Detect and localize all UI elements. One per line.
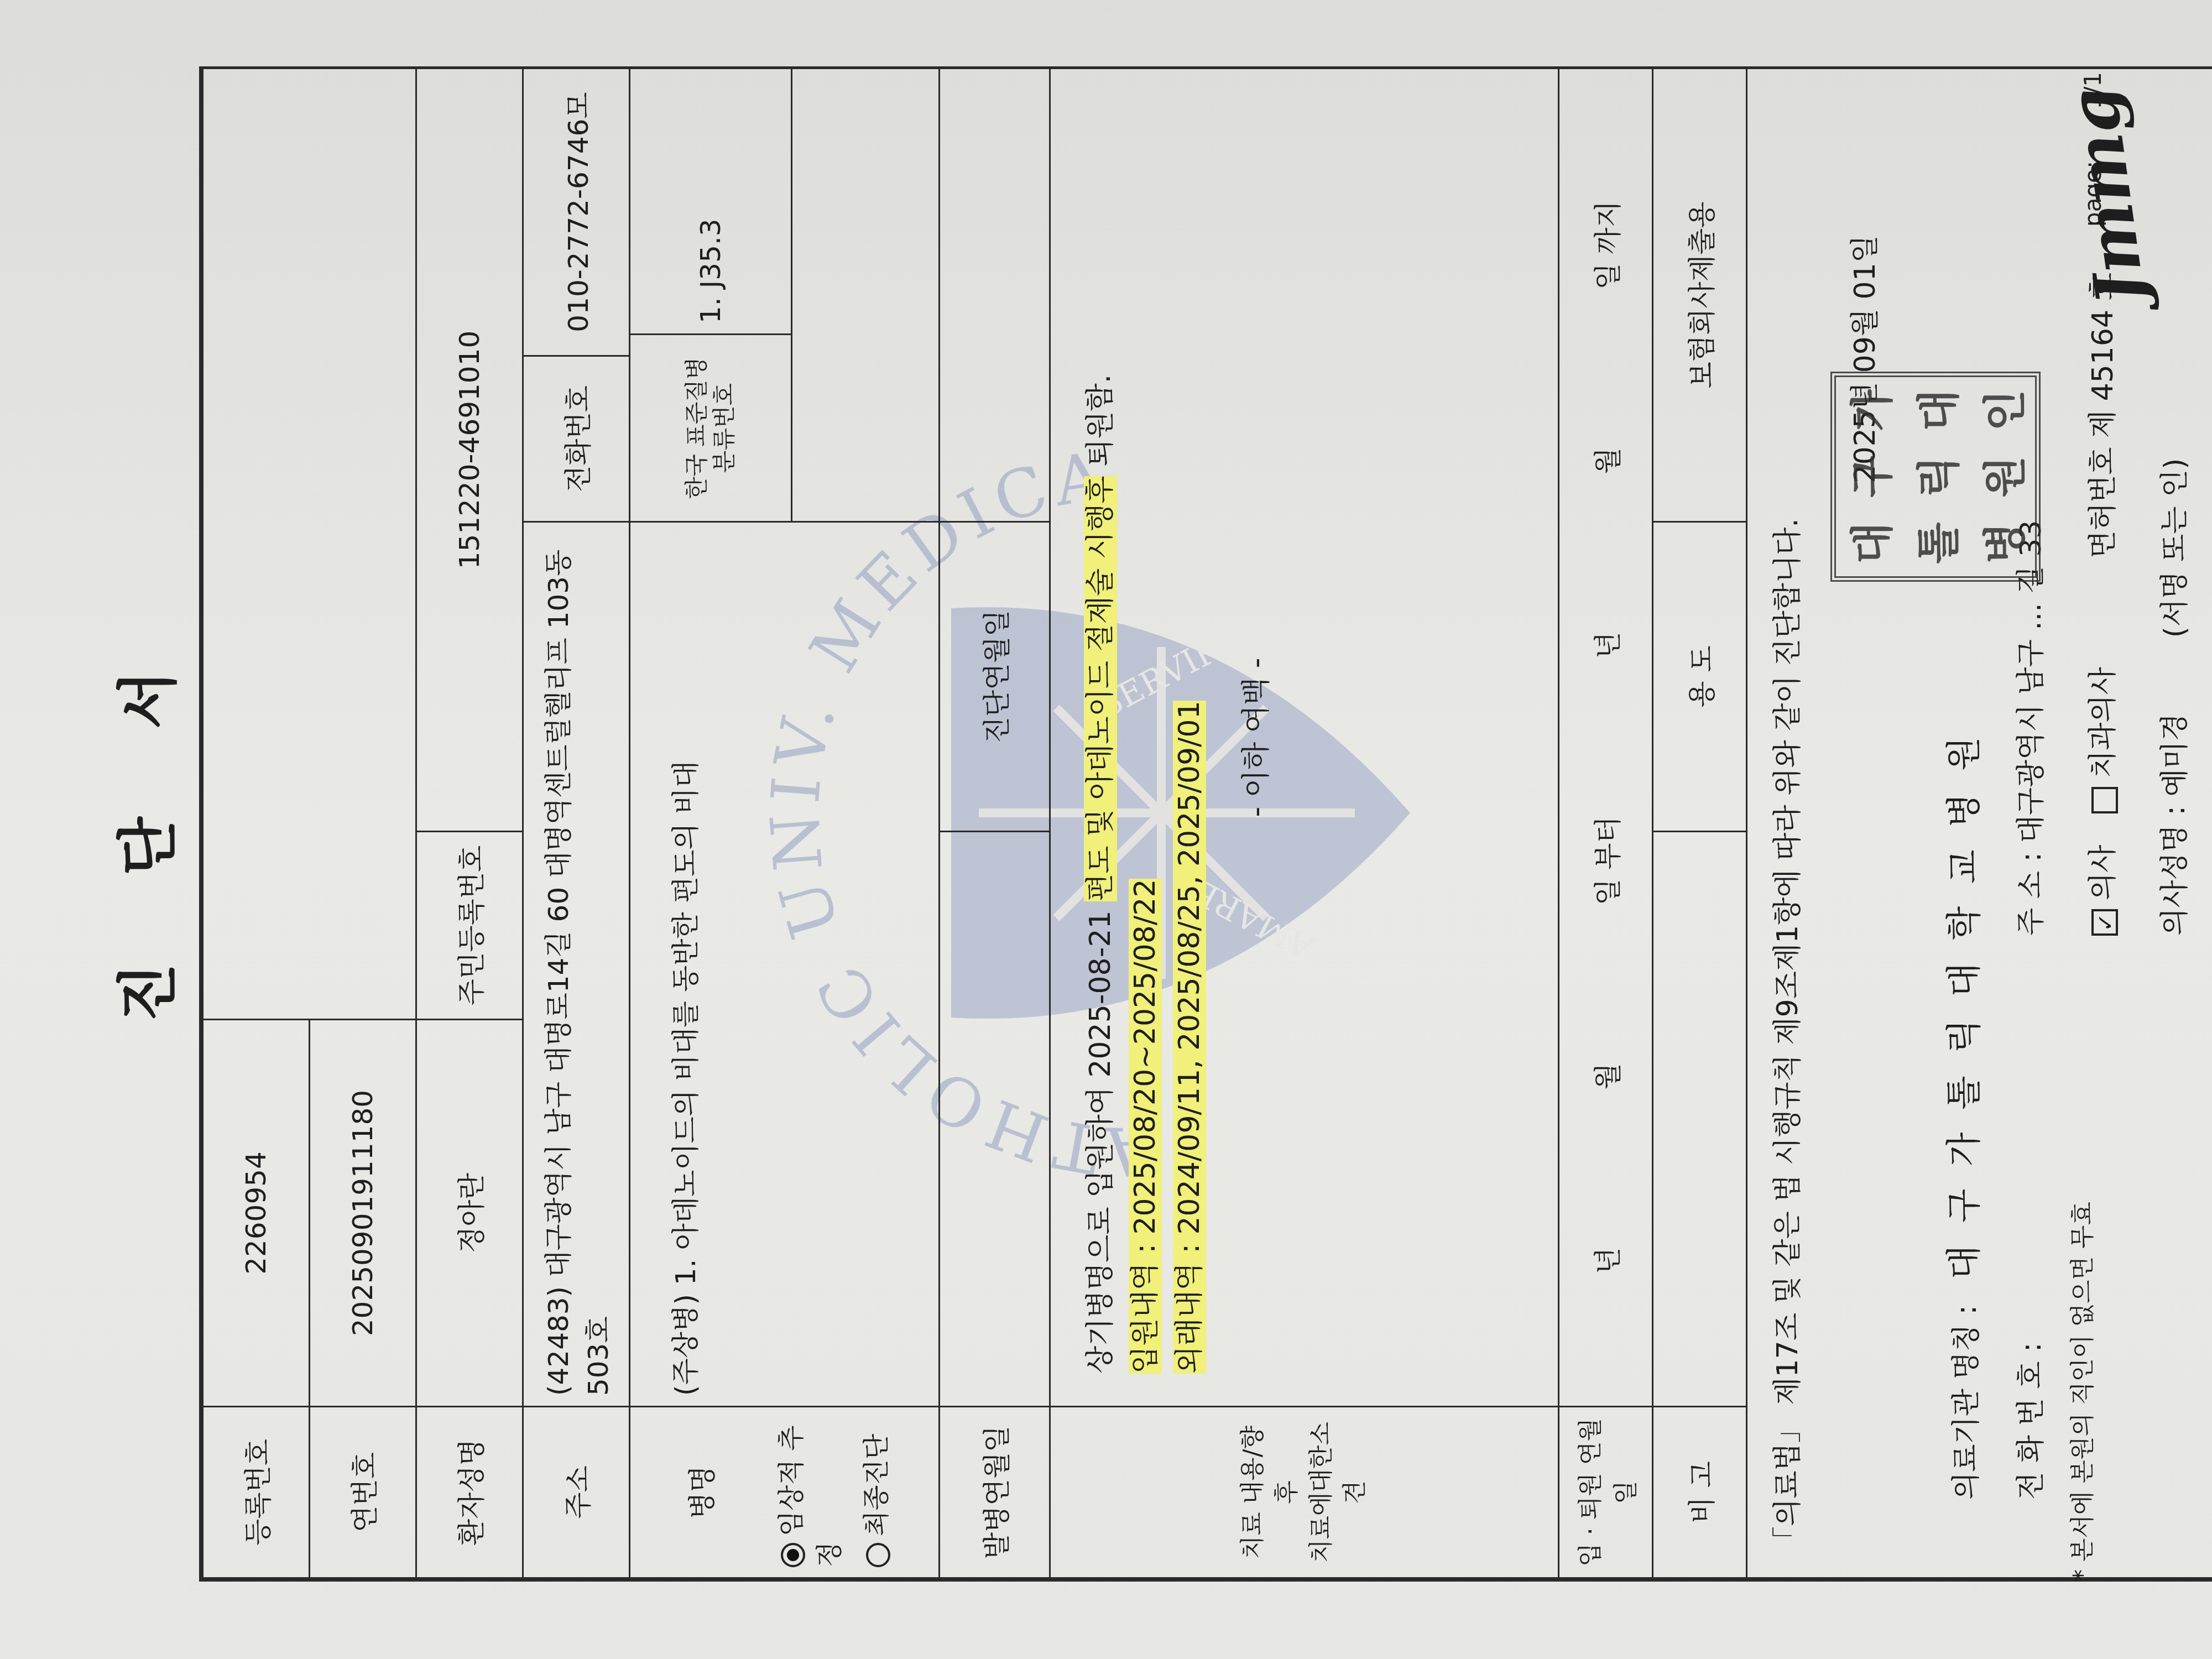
institution-address-label: 주 소 :: [2015, 852, 2048, 936]
onset-date: [940, 832, 1050, 1407]
document-title: 진 단 서: [100, 0, 187, 1659]
admission-dates-label: 입 · 퇴원 연월일: [1559, 1407, 1653, 1578]
highlighted-procedure: 편도 및 아데노이드 절제술 시행후: [1084, 476, 1117, 901]
radio-unselected-icon[interactable]: [866, 1543, 890, 1567]
onset-date-label: 발병연월일: [940, 1407, 1050, 1578]
legal-statement: 「의료법」 제17조 및 같은 법 시행규칙 제9조제1항에 따라 위와 같이 …: [1764, 518, 1806, 1555]
doctor-signature: Jmmg: [2053, 82, 2161, 309]
diagnosis-label: 병명: [680, 1417, 720, 1567]
empty-checkbox-icon[interactable]: [2091, 787, 2118, 813]
remarks-value: [1653, 832, 1747, 1407]
hospital-seal-stamp: 대구가 톨릭대 병원인: [1830, 372, 2041, 582]
address: (42483) 대구광역시 남구 대명로14길 60 대명역센트럴헬리프 103…: [523, 522, 630, 1407]
radio-selected-icon[interactable]: [781, 1543, 805, 1567]
outpatient-label: 외래내역 :: [1173, 1234, 1206, 1374]
resident-no: 151220-4691010: [416, 69, 523, 832]
registration-no: 2260954: [203, 1020, 310, 1407]
treatment-label-2: 치료에대한소견: [1305, 1417, 1373, 1567]
license-no: 45164: [2086, 310, 2120, 401]
institution-phone-label: 전 화 번 호 :: [2015, 1342, 2048, 1500]
inpatient-label: 입원내역 :: [1129, 1234, 1162, 1374]
checkbox-doctor[interactable]: ✓의사: [2086, 845, 2120, 936]
validity-footnote: * 본서에 본원의 직인이 없으면 무효: [2063, 1202, 2098, 1582]
treatment-content: 상기병명으로 입원하여 2025-08-21 편도 및 아데노이드 절제술 시행…: [1056, 79, 1301, 1396]
remarks-label: 비 고: [1653, 1407, 1747, 1578]
patient-info-table: 등록번호 2260954 연번호 20250901911180 환자성명 정아란…: [202, 67, 2212, 1579]
registration-no-label: 등록번호: [203, 1407, 310, 1578]
serial-no-label: 연번호: [310, 1407, 416, 1578]
serial-no: 20250901911180: [310, 1020, 416, 1407]
admission-period: 년 월 일 부터 년 월 일 까지: [1586, 79, 1626, 1396]
treatment-label-1: 치료 내용/향후: [1236, 1417, 1304, 1567]
certification-section: 「의료법」 제17조 및 같은 법 시행규칙 제9조제1항에 따라 위와 같이 …: [1747, 69, 2212, 1577]
inpatient-dates: 2025/08/20~2025/08/22: [1129, 879, 1162, 1234]
doctor-name: 예미경: [2158, 713, 2192, 797]
page-indicator: page: 1/1: [2079, 72, 2106, 227]
option-clinical-estimate[interactable]: 임상적 추정: [770, 1417, 846, 1567]
outpatient-dates: 2024/09/11, 2025/08/25, 2025/09/01: [1173, 701, 1206, 1234]
patient-name-label: 환자성명: [416, 1407, 523, 1578]
diagnosis-date: [940, 69, 1050, 522]
sign-label: (서명 또는 인): [2158, 458, 2192, 638]
purpose-label: 용 도: [1653, 522, 1747, 832]
institution-label: 의료기관 명칭 :: [1950, 1305, 1983, 1500]
certificate-page: 진 단 서 DAEGU CATHOLIC UNIV. MEDICAL CENTE…: [0, 0, 2212, 1659]
institution-name: 대 구 가 톨 릭 대 학 교 병 원: [1944, 731, 1985, 1279]
resident-no-label: 주민등록번호: [416, 832, 523, 1020]
kcd-code: 1. J35.3: [630, 69, 792, 335]
blank-below-note: - 이하 여백 -: [1234, 101, 1279, 1374]
phone: 010-2772-6746모: [523, 69, 630, 356]
certificate-form: 등록번호 2260954 연번호 20250901911180 환자성명 정아란…: [199, 66, 2212, 1582]
diagnosis-text: (주상병) 1. 아데노이드의 비대를 동반한 편도의 비대: [630, 522, 940, 1407]
purpose-value: 보험회사제출용: [1653, 69, 1747, 522]
phone-label: 전화번호: [523, 356, 630, 522]
license-label: 면허번호 제: [2086, 410, 2120, 559]
checkmark-icon[interactable]: ✓: [2091, 909, 2118, 936]
doctor-name-label: 의사성명 :: [2158, 806, 2192, 936]
patient-name: 정아란: [416, 1020, 523, 1407]
kcd-label: 한국 표준질병 분류번호: [630, 335, 792, 521]
checkbox-dentist[interactable]: 치과의사: [2086, 667, 2120, 813]
address-label: 주소: [523, 1407, 630, 1578]
diagnosis-date-label: 진단연월일: [940, 522, 1050, 832]
option-final-diagnosis[interactable]: 최종진단: [855, 1417, 893, 1567]
